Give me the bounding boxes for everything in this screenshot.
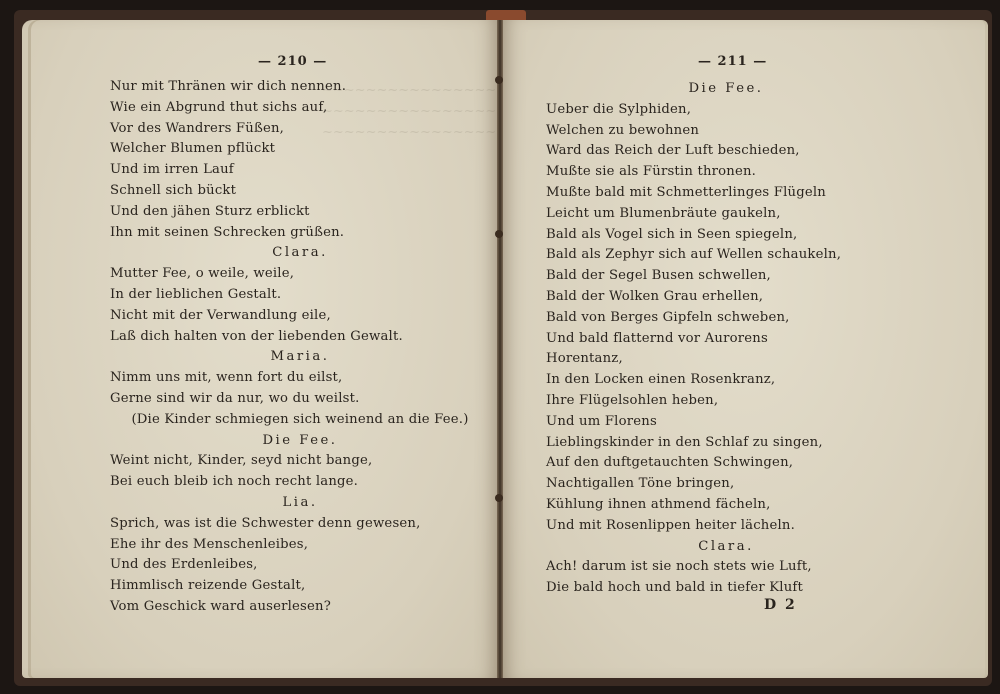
verse-line: Ehe ihr des Menschenleibes, — [110, 535, 490, 556]
verse-line: Weint nicht, Kinder, seyd nicht bange, — [110, 451, 490, 472]
verse-line: Gerne sind wir da nur, wo du weilst. — [110, 389, 490, 410]
book-gutter — [497, 20, 503, 678]
verse-line: Ach! darum ist sie noch stets wie Luft, — [546, 557, 906, 578]
verse-line: Vom Geschick ward auserlesen? — [110, 597, 490, 618]
verse-line: Lieblingskinder in den Schlaf zu singen, — [546, 433, 906, 454]
speaker-name: Clara. — [546, 537, 906, 558]
page-number: — 210 — — [258, 54, 327, 69]
verse-line: Bald von Berges Gipfeln schweben, — [546, 308, 906, 329]
verse-line: Bald als Vogel sich in Seen spiegeln, — [546, 225, 906, 246]
verse-line: Nachtigallen Töne bringen, — [546, 474, 906, 495]
verse-line: Und den jähen Sturz erblickt — [110, 202, 490, 223]
signature-mark: D 2 — [764, 597, 797, 613]
verse-line: Und des Erdenleibes, — [110, 555, 490, 576]
verse-line: Ueber die Sylphiden, — [546, 100, 906, 121]
verse-line: Mußte sie als Fürstin thronen. — [546, 162, 906, 183]
verse-line: Kühlung ihnen athmend fächeln, — [546, 495, 906, 516]
verse-line: Sprich, was ist die Schwester denn gewes… — [110, 514, 490, 535]
verse-line: Und um Florens — [546, 412, 906, 433]
verse-line: Himmlisch reizende Gestalt, — [110, 576, 490, 597]
verse-line: Welchen zu bewohnen — [546, 121, 906, 142]
verse-line: Wie ein Abgrund thut sichs auf, — [110, 98, 490, 119]
verse-line: Nicht mit der Verwandlung eile, — [110, 306, 490, 327]
verse-line: Und mit Rosenlippen heiter lächeln. — [546, 516, 906, 537]
speaker-name: Maria. — [110, 347, 490, 368]
verse-line: Nur mit Thränen wir dich nennen. — [110, 77, 490, 98]
verse-line: Leicht um Blumenbräute gaukeln, — [546, 204, 906, 225]
binding-stitch — [495, 494, 503, 502]
speaker-name: Die Fee. — [110, 431, 490, 452]
verse-line: Schnell sich bückt — [110, 181, 490, 202]
verse-line: Ihre Flügelsohlen heben, — [546, 391, 906, 412]
binding-stitch — [495, 230, 503, 238]
verse-lines: Nur mit Thränen wir dich nennen.Wie ein … — [110, 77, 490, 618]
verse-line: Laß dich halten von der liebenden Gewalt… — [110, 327, 490, 348]
verse-line: Ward das Reich der Luft beschieden, — [546, 141, 906, 162]
verse-line: Mutter Fee, o weile, weile, — [110, 264, 490, 285]
verse-line: Und bald flatternd vor Aurorens — [546, 329, 906, 350]
verse-line: In den Locken einen Rosenkranz, — [546, 370, 906, 391]
verse-line: In der lieblichen Gestalt. — [110, 285, 490, 306]
verse-line: Bald der Wolken Grau erhellen, — [546, 287, 906, 308]
page-number: — 211 — — [698, 54, 767, 69]
verse-line: Nimm uns mit, wenn fort du eilst, — [110, 368, 490, 389]
verse-line: Die bald hoch und bald in tiefer Kluft — [546, 578, 906, 599]
verse-line: Bei euch bleib ich noch recht lange. — [110, 472, 490, 493]
left-page: ~~~~~~~~~~~~~~~~~~ ~~~~~~~~~~~~~~~~~~ ~~… — [22, 20, 498, 678]
verse-line: Mußte bald mit Schmetterlinges Flügeln — [546, 183, 906, 204]
right-page: — 211 — Die Fee.Ueber die Sylphiden,Welc… — [502, 20, 988, 678]
speaker-name: Die Fee. — [546, 79, 906, 100]
verse-line: Welcher Blumen pflückt — [110, 139, 490, 160]
verse-line: Vor des Wandrers Füßen, — [110, 119, 490, 140]
stage-direction: (Die Kinder schmiegen sich weinend an di… — [110, 410, 490, 431]
verse-lines: Die Fee.Ueber die Sylphiden,Welchen zu b… — [546, 79, 906, 599]
verse-line: Horentanz, — [546, 349, 906, 370]
verse-line: Bald als Zephyr sich auf Wellen schaukel… — [546, 245, 906, 266]
verse-line: Bald der Segel Busen schwellen, — [546, 266, 906, 287]
speaker-name: Clara. — [110, 243, 490, 264]
binding-stitch — [495, 76, 503, 84]
verse-line: Auf den duftgetauchten Schwingen, — [546, 453, 906, 474]
verse-line: Ihn mit seinen Schrecken grüßen. — [110, 223, 490, 244]
speaker-name: Lia. — [110, 493, 490, 514]
verse-line: Und im irren Lauf — [110, 160, 490, 181]
